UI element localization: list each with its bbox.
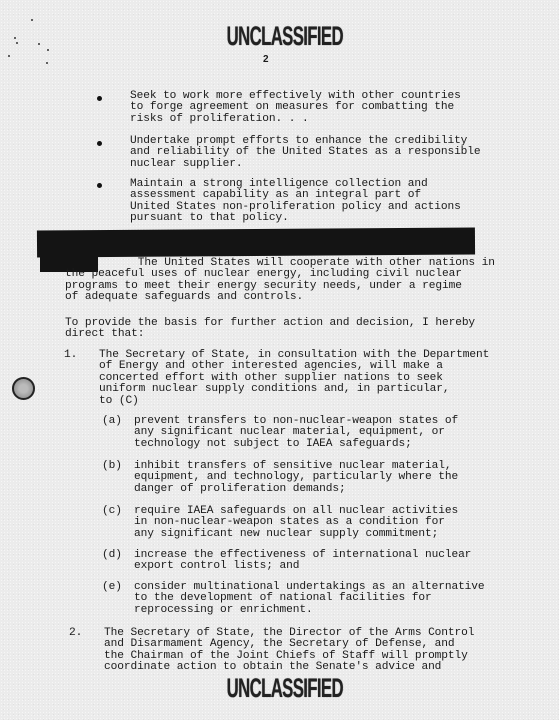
bullet-3-text: Maintain a strong intelligence collectio… [130,179,461,225]
redaction-bar [37,227,475,257]
subitem-b-text: inhibit transfers of sensitive nuclear m… [134,461,458,495]
item-2-text: The Secretary of State, the Director of … [104,628,474,674]
subitem-a-label: (a) [102,416,122,427]
scan-speck [14,37,16,39]
document-page: UNCLASSIFIED 2 Seek to work more effecti… [0,0,559,720]
scan-speck [31,19,33,21]
bullet-icon [97,96,102,101]
bullet-1-text: Seek to work more effectively with other… [130,91,461,125]
item-2-number: 2. [69,628,82,639]
subitem-d-text: increase the effectiveness of internatio… [134,550,471,573]
subitem-c-text: require IAEA safeguards on all nuclear a… [134,506,458,540]
scan-speck [38,43,40,45]
bullet-icon [97,141,102,146]
bullet-2-text: Undertake prompt efforts to enhance the … [130,136,481,170]
page-number: 2 [263,54,269,65]
classification-stamp-top: UNCLASSIFIED [227,21,334,52]
subitem-a-text: prevent transfers to non-nuclear-weapon … [134,416,458,450]
scan-speck [46,62,48,64]
bullet-icon [97,183,102,188]
directive-intro: To provide the basis for further action … [65,318,475,341]
subitem-b-label: (b) [102,461,122,472]
subitem-d-label: (d) [102,550,122,561]
subitem-c-label: (c) [102,506,122,517]
scan-speck [8,55,10,57]
scan-speck [16,42,18,44]
punch-hole [12,377,35,400]
subitem-e-label: (e) [102,582,122,593]
classification-stamp-bottom: UNCLASSIFIED [227,673,334,704]
scan-speck [47,49,49,51]
cooperation-paragraph: The United States will cooperate with ot… [65,258,495,304]
subitem-e-text: consider multinational undertakings as a… [134,582,485,616]
item-1-number: 1. [64,350,77,361]
item-1-text: The Secretary of State, in consultation … [99,350,489,407]
